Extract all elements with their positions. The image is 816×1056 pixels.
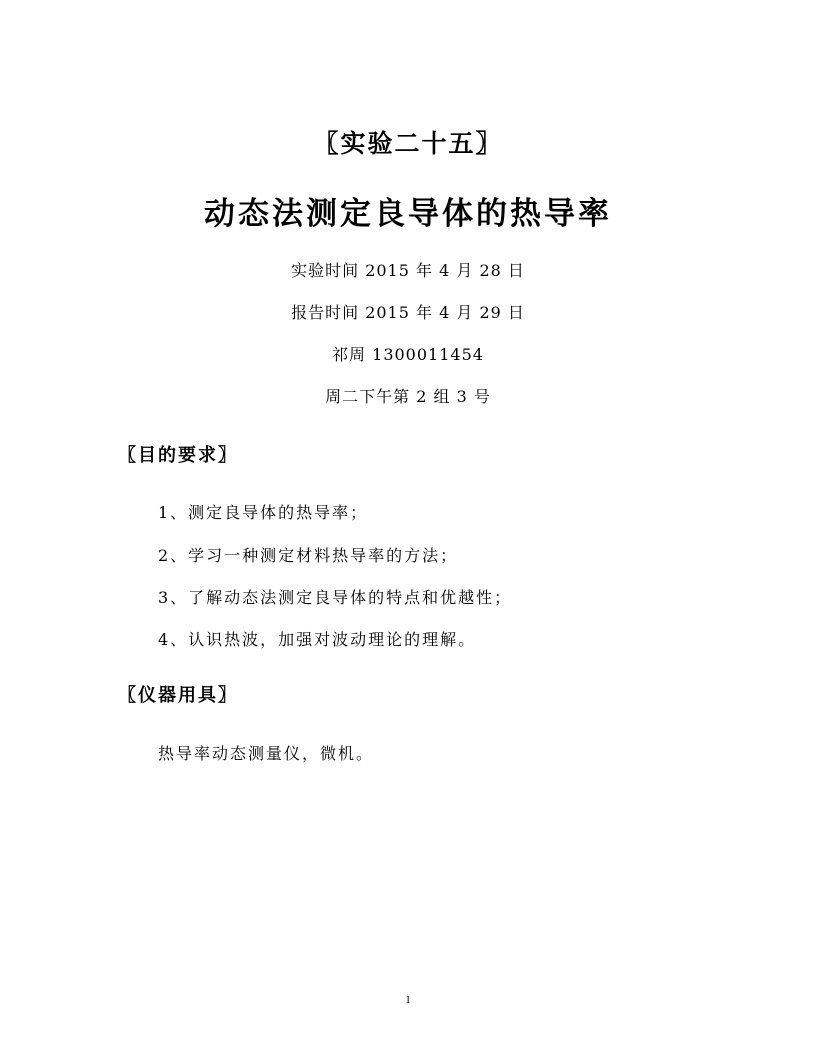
group-info: 周二下午第 2 组 3 号	[0, 384, 816, 407]
experiment-date: 实验时间 2015 年 4 月 28 日	[0, 258, 816, 281]
report-date: 报告时间 2015 年 4 月 29 日	[0, 300, 816, 323]
list-item: 4、认识热波，加强对波动理论的理解。	[158, 627, 476, 650]
section-heading-equipment: 〖仪器用具〗	[118, 681, 238, 707]
equipment-text: 热导率动态测量仪，微机。	[158, 741, 374, 764]
document-title: 动态法测定良导体的热导率	[0, 188, 816, 233]
list-item: 1、测定良导体的热导率；	[158, 500, 368, 523]
page-number: 1	[0, 994, 816, 1006]
author-info: 祁周 1300011454	[0, 342, 816, 365]
list-item: 2、学习一种测定材料热导率的方法；	[158, 543, 458, 566]
section-heading-objectives: 〖目的要求〗	[118, 441, 238, 467]
list-item: 3、了解动态法测定良导体的特点和优越性；	[158, 585, 512, 608]
experiment-label: 〖实验二十五〗	[0, 124, 816, 160]
